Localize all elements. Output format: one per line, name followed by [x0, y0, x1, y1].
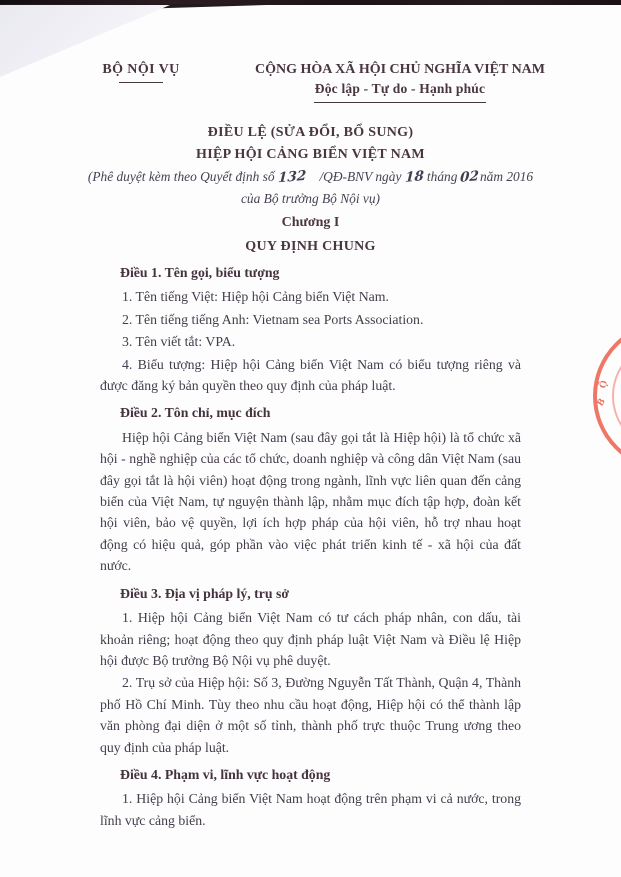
national-motto: Độc lập - Tự do - Hạnh phúc [250, 81, 550, 97]
article-heading: Điều 4. Phạm vi, lĩnh vực hoạt động [100, 764, 521, 785]
handwritten-decision-number: 132 [277, 166, 306, 190]
document-title-line1: ĐIỀU LỆ (SỬA ĐỔI, BỔ SUNG) [0, 122, 621, 144]
motto-underline [314, 102, 486, 103]
approval-line2: của Bộ trưởng Bộ Nội vụ) [0, 188, 621, 209]
approval-month-word: tháng [427, 169, 458, 184]
chapter-block: Chương I QUY ĐỊNH CHUNG [0, 215, 621, 255]
chapter-label: Chương I [0, 215, 621, 231]
article-paragraph: 2. Trụ sở của Hiệp hội: Số 3, Đường Nguy… [100, 672, 521, 758]
national-header-block: CỘNG HÒA XÃ HỘI CHỦ NGHĨA VIỆT NAM Độc l… [250, 62, 550, 103]
approval-year: năm 2016 [480, 169, 533, 184]
articles: Điều 1. Tên gọi, biểu tượng1. Tên tiếng … [100, 256, 521, 832]
article-paragraph: 1. Hiệp hội Cảng biển Việt Nam hoạt động… [100, 788, 521, 831]
chapter-title: QUY ĐỊNH CHUNG [0, 239, 621, 255]
document-title-line2: HIỆP HỘI CẢNG BIỂN VIỆT NAM [0, 144, 621, 166]
scanned-document-page: BỘ NỘI VỤ CỘNG HÒA XÃ HỘI CHỦ NGHĨA VIỆT… [0, 0, 621, 877]
approval-middle: /QĐ-BNV ngày [319, 169, 401, 184]
article-heading: Điều 1. Tên gọi, biểu tượng [100, 262, 521, 283]
issuing-org-name: BỘ NỘI VỤ [76, 62, 206, 78]
approval-prefix: (Phê duyệt kèm theo Quyết định số [88, 169, 275, 184]
approval-line1: (Phê duyệt kèm theo Quyết định số 132 /Q… [0, 166, 621, 188]
article-heading: Điều 3. Địa vị pháp lý, trụ sở [100, 583, 521, 604]
handwritten-month: 02 [459, 166, 479, 189]
article-paragraph: 1. Hiệp hội Cảng biển Việt Nam có tư các… [100, 607, 521, 671]
national-title: CỘNG HÒA XÃ HỘI CHỦ NGHĨA VIỆT NAM [250, 62, 550, 78]
issuing-org-block: BỘ NỘI VỤ [76, 62, 206, 83]
article-paragraph: 4. Biểu tượng: Hiệp hội Cảng biển Việt N… [100, 354, 521, 397]
article-paragraph: 3. Tên viết tắt: VPA. [100, 331, 521, 352]
article-paragraph: Hiệp hội Cảng biển Việt Nam (sau đây gọi… [100, 427, 521, 577]
article-paragraph: 1. Tên tiếng Việt: Hiệp hội Cảng biển Vi… [100, 286, 521, 307]
article-paragraph: 2. Tên tiếng tiếng Anh: Vietnam sea Port… [100, 309, 521, 330]
handwritten-day: 18 [404, 166, 424, 189]
article-heading: Điều 2. Tôn chỉ, mục đích [100, 402, 521, 423]
org-underline [119, 82, 163, 83]
document-title: ĐIỀU LỆ (SỬA ĐỔI, BỔ SUNG) HIỆP HỘI CẢNG… [0, 122, 621, 166]
approval-note: (Phê duyệt kèm theo Quyết định số 132 /Q… [0, 166, 621, 209]
